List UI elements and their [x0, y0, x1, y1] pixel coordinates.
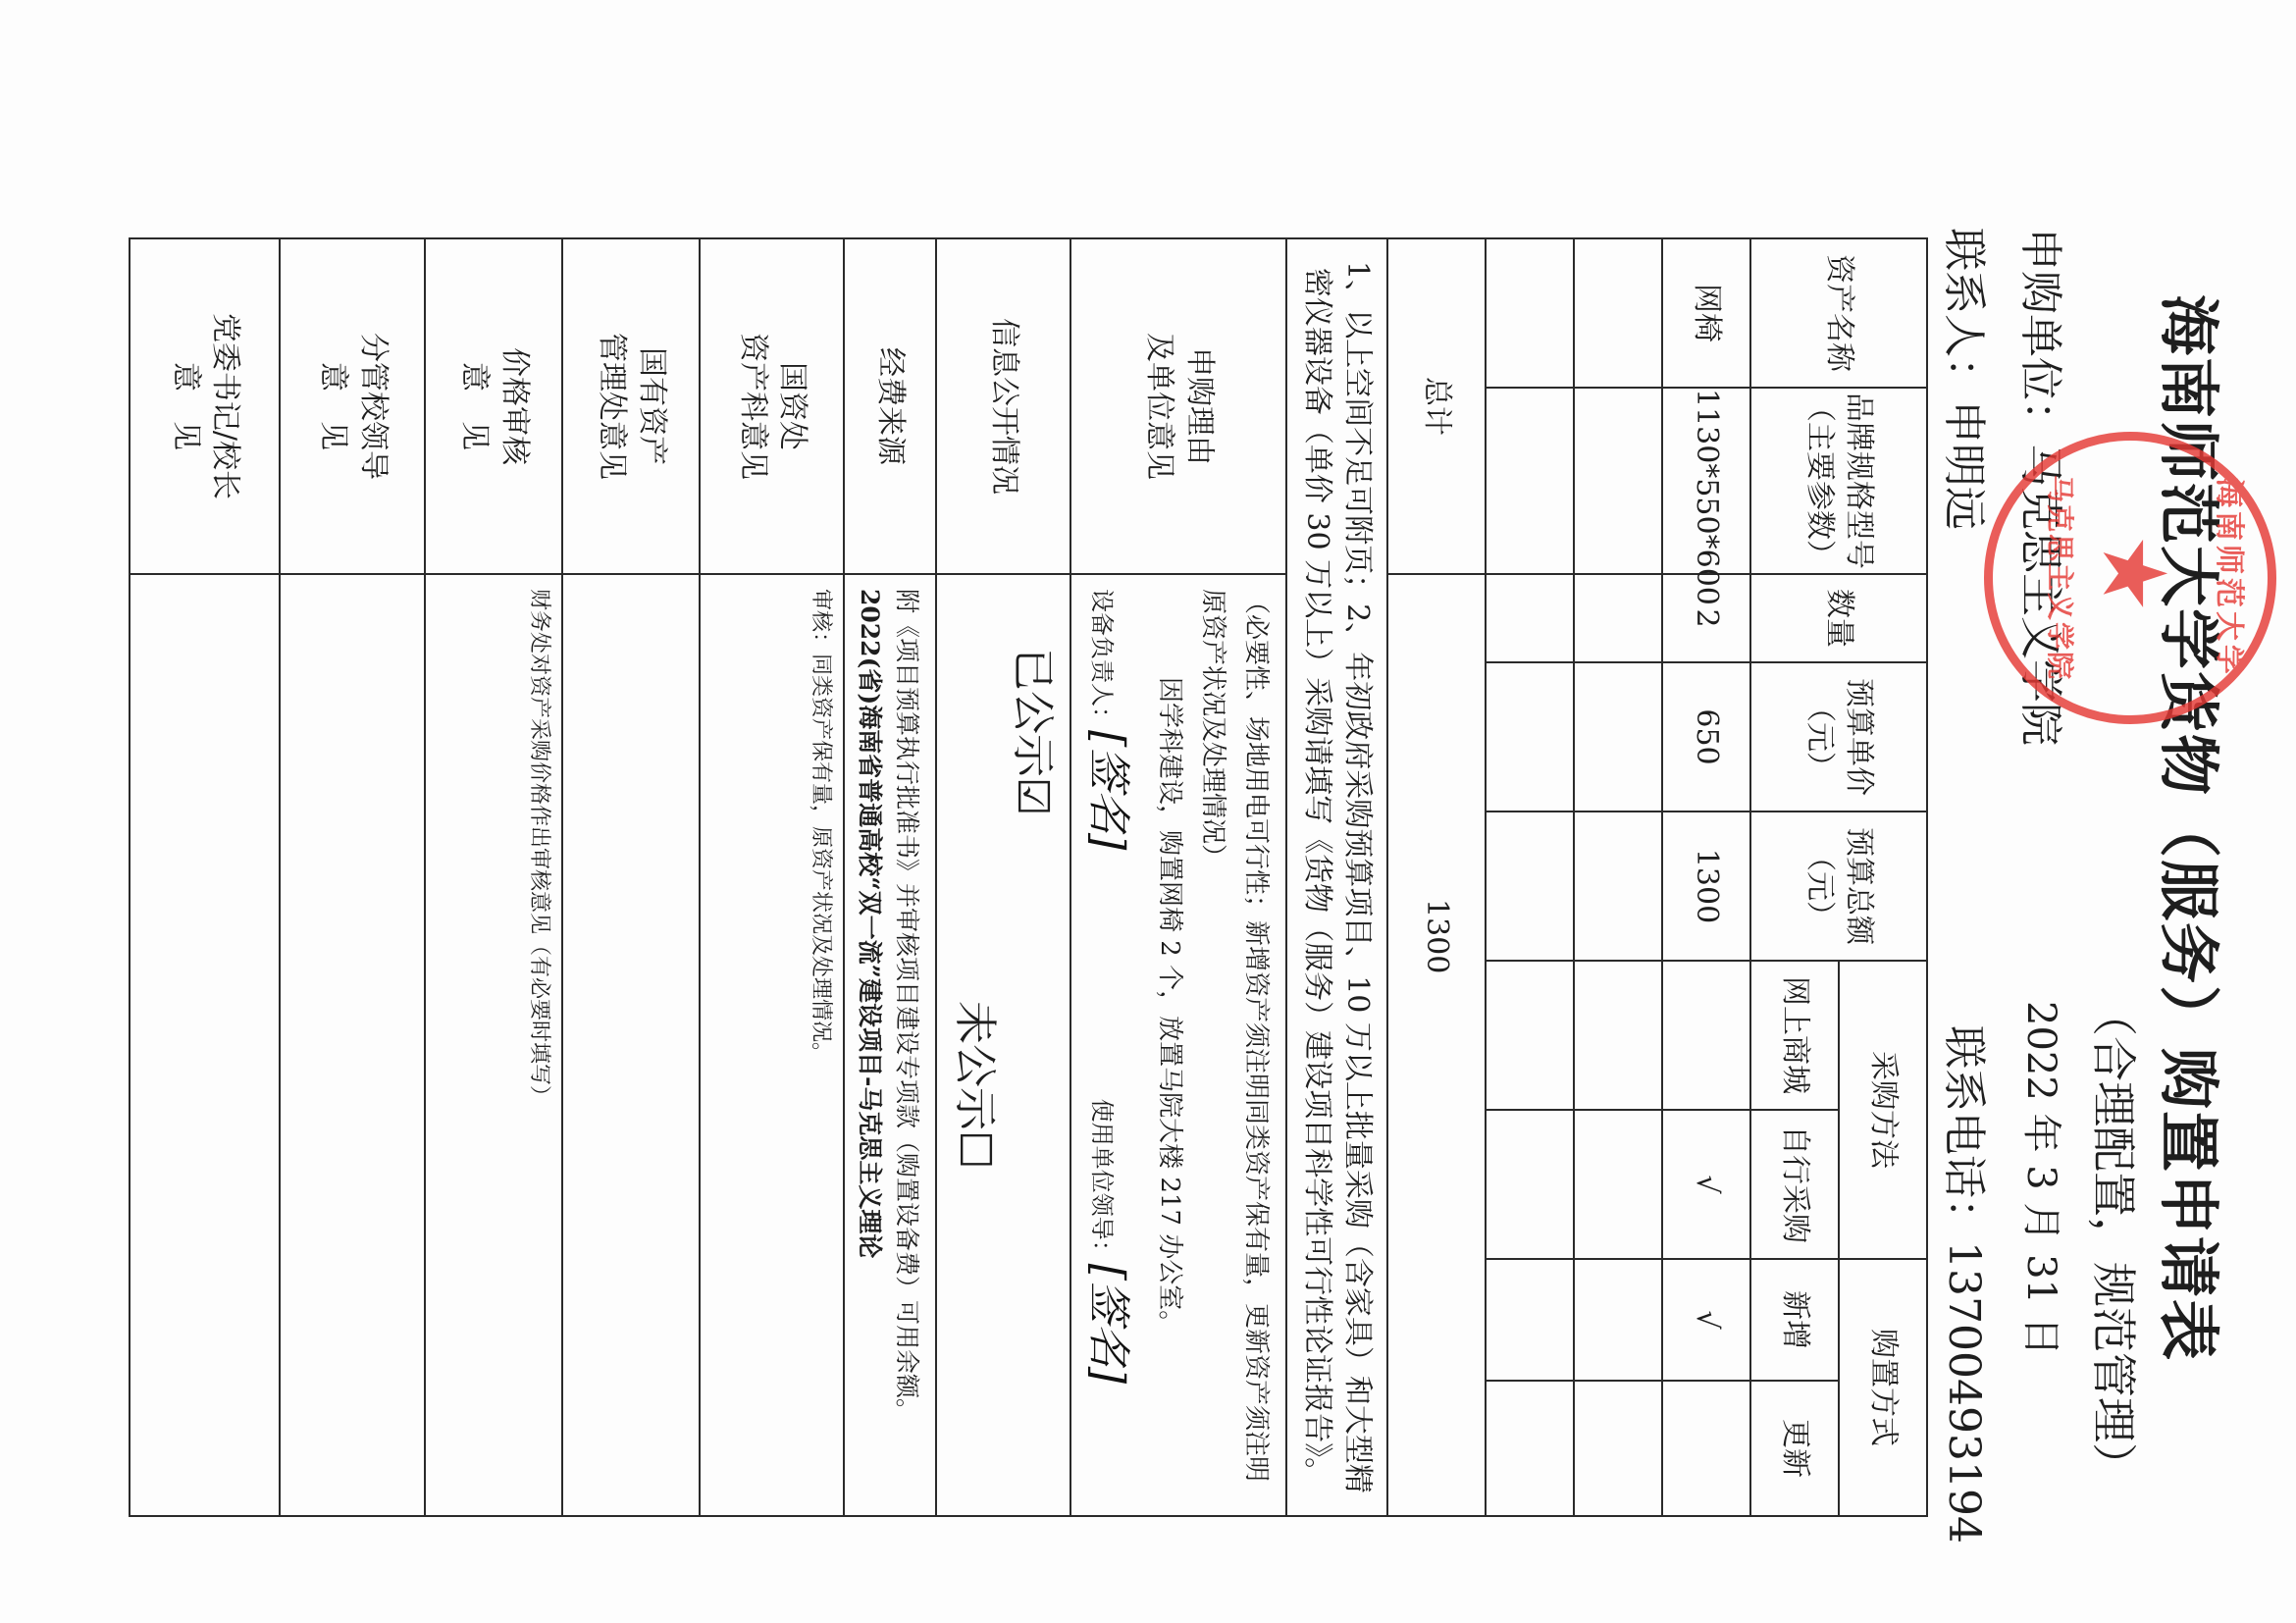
published-checkbox[interactable]: 已公示☑	[1004, 648, 1062, 815]
col-asset-name: 资产名称	[1750, 238, 1927, 388]
application-table: 资产名称 品牌规格型号（主要参数） 数量 预算单价（元） 预算总额（元） 采购方…	[129, 237, 1928, 1517]
state-asset-label: 国有资产管理处意见	[562, 238, 700, 574]
leader-label: 分管校领导意 见	[280, 238, 425, 574]
funding-label: 经费来源	[844, 238, 936, 574]
col-acquisition-type: 购置方式	[1839, 1259, 1927, 1516]
leader-cell[interactable]	[280, 574, 425, 1516]
cell-self-purchase[interactable]	[1486, 1110, 1574, 1259]
form-title: 海南师范大学货物（服务）购置申请表	[2150, 294, 2237, 1570]
cell-quantity[interactable]	[1574, 574, 1662, 662]
disclosure-row: 信息公开情况 已公示☑ 未公示☐	[936, 238, 1070, 1516]
cell-new-add[interactable]	[1486, 1259, 1574, 1381]
unit-leader: 使用单位领导：[签名]	[1079, 1099, 1137, 1384]
funding-line-1: 附《项目预算执行批准书》并审核项目建设专项款（购置设备费）可用余额。	[886, 589, 928, 1501]
applicant-unit: 申购单位：马克思主义学院	[2013, 228, 2076, 746]
secretary-cell[interactable]	[130, 574, 280, 1516]
funding-cell: 附《项目预算执行批准书》并审核项目建设专项款（购置设备费）可用余额。 2022(…	[844, 574, 936, 1516]
cell-self-purchase[interactable]: √	[1662, 1110, 1750, 1259]
cell-total[interactable]	[1486, 811, 1574, 961]
total-label: 总计	[1387, 238, 1486, 574]
cell-unit-price[interactable]: 650	[1662, 662, 1750, 811]
table-row	[1574, 238, 1662, 1516]
cell-asset-name[interactable]	[1486, 238, 1574, 388]
col-new-add: 新增	[1750, 1259, 1839, 1381]
form-note: 1、以上空间不足可附页；2、年初政府采购预算项目、10 万以上批量采购（含家具）…	[1286, 238, 1387, 1516]
cell-online-mall[interactable]	[1486, 961, 1574, 1110]
funding-line-2: 2022(省)海南省普通高校“双一流”建设项目-马克思主义理论	[853, 589, 886, 1501]
col-total: 预算总额（元）	[1750, 811, 1927, 961]
cell-brand-spec[interactable]: 1130*550*600	[1662, 388, 1750, 574]
cell-renew[interactable]	[1662, 1381, 1750, 1516]
cell-new-add[interactable]	[1574, 1259, 1662, 1381]
equipment-manager: 设备负责人：[签名]	[1079, 589, 1137, 850]
secretary-row: 党委书记/校长意 见	[130, 238, 280, 1516]
price-review-label: 价格审核意 见	[425, 238, 562, 574]
total-value: 1300	[1387, 574, 1486, 1516]
cell-unit-price[interactable]	[1574, 662, 1662, 811]
col-online-mall: 网上商城	[1750, 961, 1839, 1110]
signatures: 设备负责人：[签名] 使用单位领导：[签名]	[1079, 589, 1137, 1501]
cell-brand-spec[interactable]	[1486, 388, 1574, 574]
reason-content[interactable]: 因学科建设，购置网椅 2 个，放置马院大楼 217 办公室。	[1147, 589, 1190, 1501]
col-unit-price: 预算单价（元）	[1750, 662, 1927, 811]
reason-label: 申购理由及单位意见	[1070, 238, 1286, 574]
total-row: 总计 1300	[1387, 238, 1486, 1516]
cell-brand-spec[interactable]	[1574, 388, 1662, 574]
price-review-row: 价格审核意 见 财务处对资产采购价格作出审核意见（有必要时填写）	[425, 238, 562, 1516]
state-asset-cell[interactable]	[562, 574, 700, 1516]
cell-renew[interactable]	[1574, 1381, 1662, 1516]
contact-phone: 联系电话：13700493194	[1937, 1025, 2000, 1544]
applicant-unit-value: 马克思主义学院	[2015, 444, 2065, 746]
reason-cell: （必要性、场地用电可行性；新增资产须注明同类资产保有量，更新资产须注明原资产状况…	[1070, 574, 1286, 1516]
contact-phone-value: 13700493194	[1939, 1241, 1989, 1544]
cell-unit-price[interactable]	[1486, 662, 1574, 811]
contact-phone-label: 联系电话：	[1939, 1025, 1989, 1241]
asset-dept-row: 国资处资产科意见 审核：同类资产保有量，原资产状况及处理情况。	[700, 238, 844, 1516]
cell-self-purchase[interactable]	[1574, 1110, 1662, 1259]
cell-new-add[interactable]: √	[1662, 1259, 1750, 1381]
form-date: 2022 年 3 月 31 日	[2016, 1001, 2072, 1356]
leader-row: 分管校领导意 见	[280, 238, 425, 1516]
unpublished-checkbox[interactable]: 未公示☐	[945, 1001, 1003, 1169]
col-brand-spec: 品牌规格型号（主要参数）	[1750, 388, 1927, 574]
table-row	[1486, 238, 1574, 1516]
col-self-purchase: 自行采购	[1750, 1110, 1839, 1259]
price-review-content: 财务处对资产采购价格作出审核意见（有必要时填写）	[524, 589, 553, 1501]
cell-quantity[interactable]	[1486, 574, 1574, 662]
applicant-unit-label: 申购单位：	[2015, 228, 2065, 444]
table-row: 网椅 1130*550*600 2 650 1300 √ √	[1662, 238, 1750, 1516]
disclosure-label: 信息公开情况	[936, 238, 1070, 574]
contact-person-value: 申明远	[1939, 400, 1989, 530]
form-subtitle: （合理配置，规范管理）	[2084, 991, 2149, 1488]
cell-renew[interactable]	[1486, 1381, 1574, 1516]
reason-hint: （必要性、场地用电可行性；新增资产须注明同类资产保有量，更新资产须注明原资产状况…	[1191, 589, 1278, 1501]
price-review-cell[interactable]: 财务处对资产采购价格作出审核意见（有必要时填写）	[425, 574, 562, 1516]
cell-online-mall[interactable]	[1662, 961, 1750, 1110]
cell-online-mall[interactable]	[1574, 961, 1662, 1110]
asset-dept-label: 国资处资产科意见	[700, 238, 844, 574]
asset-dept-cell[interactable]: 审核：同类资产保有量，原资产状况及处理情况。	[700, 574, 844, 1516]
unit-leader-signature: [签名]	[1083, 1264, 1133, 1384]
disclosure-cell: 已公示☑ 未公示☐	[936, 574, 1070, 1516]
note-row: 1、以上空间不足可附页；2、年初政府采购预算项目、10 万以上批量采购（含家具）…	[1286, 238, 1387, 1516]
contact-person: 联系人：申明远	[1937, 228, 2000, 530]
cell-asset-name[interactable]	[1574, 238, 1662, 388]
equipment-manager-signature: [签名]	[1083, 730, 1133, 850]
cell-asset-name[interactable]: 网椅	[1662, 238, 1750, 388]
purchase-application-form: 海南师范大学货物（服务）购置申请表 （合理配置，规范管理） 2022 年 3 月…	[0, 0, 2296, 1623]
state-asset-row: 国有资产管理处意见	[562, 238, 700, 1516]
contact-person-label: 联系人：	[1939, 228, 1989, 400]
asset-dept-content: 审核：同类资产保有量，原资产状况及处理情况。	[806, 589, 835, 1501]
cell-total[interactable]: 1300	[1662, 811, 1750, 961]
col-purchase-method: 采购方法	[1839, 961, 1927, 1259]
secretary-label: 党委书记/校长意 见	[130, 238, 280, 574]
reason-row: 申购理由及单位意见 （必要性、场地用电可行性；新增资产须注明同类资产保有量，更新…	[1070, 238, 1286, 1516]
col-quantity: 数量	[1750, 574, 1927, 662]
cell-total[interactable]	[1574, 811, 1662, 961]
funding-row: 经费来源 附《项目预算执行批准书》并审核项目建设专项款（购置设备费）可用余额。 …	[844, 238, 936, 1516]
col-renew: 更新	[1750, 1381, 1839, 1516]
